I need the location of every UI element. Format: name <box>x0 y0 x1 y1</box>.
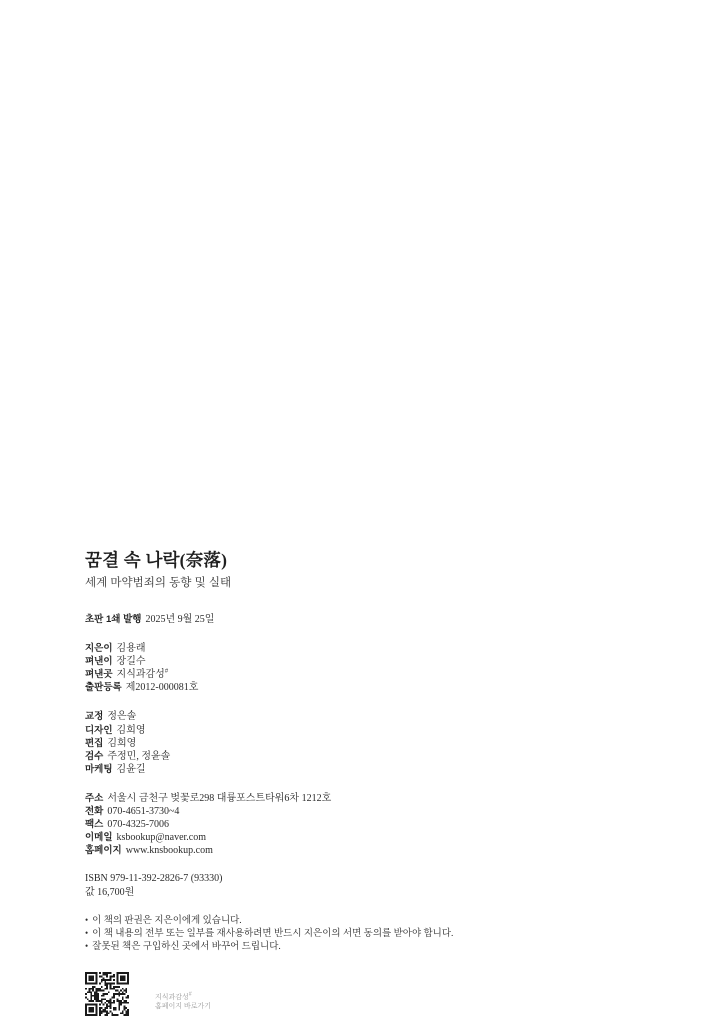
colophon-content: 꿈결 속 나락(奈落) 세계 마약범죄의 동향 및 실태 초판 1쇄 발행202… <box>85 549 645 1016</box>
author-row: 지은이김용래 <box>85 642 645 655</box>
publisher-person-label: 펴낸이 <box>85 656 113 667</box>
marketing-label: 마케팅 <box>85 764 113 775</box>
notice-permission-text: 이 책 내용의 전부 또는 일부를 재사용하려면 반드시 지은이의 서면 동의를… <box>92 929 453 939</box>
registration-label: 출판등록 <box>85 682 122 693</box>
editing-label: 편집 <box>85 738 103 749</box>
notice-copyright-text: 이 책의 판권은 지은이에게 있습니다. <box>92 916 242 926</box>
phone-row: 전화070-4651-3730~4 <box>85 805 645 818</box>
address-label: 주소 <box>85 793 103 804</box>
homepage-value: www.knsbookup.com <box>126 845 213 856</box>
publisher-person-value: 장길수 <box>117 656 146 667</box>
edition-row: 초판 1쇄 발행2025년 9월 25일 <box>85 613 645 626</box>
isbn-block: ISBN 979-11-392-2826-7 (93330) 값 16,700원 <box>85 872 645 898</box>
publisher-company-sup: # <box>165 668 168 675</box>
review-label: 검수 <box>85 751 103 762</box>
marketing-row: 마케팅김윤길 <box>85 763 645 776</box>
review-row: 검수주정민, 정윤솔 <box>85 750 645 763</box>
fax-label: 팩스 <box>85 819 103 830</box>
registration-row: 출판등록제2012-000081호 <box>85 681 645 694</box>
homepage-label: 홈페이지 <box>85 845 122 856</box>
book-title: 꿈결 속 나락(奈落) <box>85 549 645 572</box>
isbn-line: ISBN 979-11-392-2826-7 (93330) <box>85 872 645 885</box>
qr-caption-publisher: 지식과감성# <box>155 993 211 1003</box>
design-value: 김희영 <box>117 725 146 736</box>
qr-caption: 지식과감성# 홈페이지 바로가기 <box>155 993 211 1012</box>
review-value: 주정민, 정윤솔 <box>107 751 170 762</box>
email-value: ksbookup@naver.com <box>117 832 206 843</box>
design-row: 디자인김희영 <box>85 724 645 737</box>
homepage-row: 홈페이지www.knsbookup.com <box>85 844 645 857</box>
notice-copyright: •이 책의 판권은 지은이에게 있습니다. <box>85 914 645 927</box>
publisher-person-row: 펴낸이장길수 <box>85 655 645 668</box>
publication-group: 지은이김용래 펴낸이장길수 펴낸곳지식과감성# 출판등록제2012-000081… <box>85 642 645 694</box>
edition-label: 초판 1쇄 발행 <box>85 614 141 625</box>
edition-value: 2025년 9월 25일 <box>145 614 214 625</box>
phone-label: 전화 <box>85 806 103 817</box>
phone-value: 070-4651-3730~4 <box>107 806 179 817</box>
price-line: 값 16,700원 <box>85 886 645 899</box>
email-row: 이메일ksbookup@naver.com <box>85 831 645 844</box>
qr-section: 지식과감성# 홈페이지 바로가기 <box>85 972 645 1016</box>
registration-value: 제2012-000081호 <box>126 682 199 693</box>
publisher-company-value: 지식과감성# <box>117 669 169 680</box>
fax-value: 070-4325-7006 <box>107 819 169 830</box>
notices-block: •이 책의 판권은 지은이에게 있습니다. •이 책 내용의 전부 또는 일부를… <box>85 914 645 954</box>
staff-group: 교정정은솔 디자인김희영 편집김희영 검수주정민, 정윤솔 마케팅김윤길 <box>85 710 645 775</box>
colophon-page: 꿈결 속 나락(奈落) 세계 마약범죄의 동향 및 실태 초판 1쇄 발행202… <box>0 0 718 1024</box>
editing-value: 김희영 <box>107 738 136 749</box>
notice-exchange-text: 잘못된 책은 구입하신 곳에서 바꾸어 드립니다. <box>92 942 281 952</box>
proofreading-value: 정은솔 <box>107 711 136 722</box>
email-label: 이메일 <box>85 832 113 843</box>
bullet-icon: • <box>85 928 88 938</box>
notice-permission: •이 책 내용의 전부 또는 일부를 재사용하려면 반드시 지은이의 서면 동의… <box>85 927 645 940</box>
proofreading-label: 교정 <box>85 711 103 722</box>
proofreading-row: 교정정은솔 <box>85 710 645 723</box>
fax-row: 팩스070-4325-7006 <box>85 818 645 831</box>
address-value: 서울시 금천구 벚꽃로298 대륭포스트타워6차 1212호 <box>107 793 331 804</box>
marketing-value: 김윤길 <box>117 764 146 775</box>
editing-row: 편집김희영 <box>85 737 645 750</box>
bullet-icon: • <box>85 915 88 925</box>
qr-caption-sup: # <box>189 991 192 997</box>
address-row: 주소서울시 금천구 벚꽃로298 대륭포스트타워6차 1212호 <box>85 792 645 805</box>
bullet-icon: • <box>85 941 88 951</box>
qr-caption-link-text: 홈페이지 바로가기 <box>155 1002 211 1012</box>
publisher-company-label: 펴낸곳 <box>85 669 113 680</box>
notice-exchange: •잘못된 책은 구입하신 곳에서 바꾸어 드립니다. <box>85 940 645 953</box>
design-label: 디자인 <box>85 725 113 736</box>
qr-code-icon <box>85 972 129 1016</box>
author-label: 지은이 <box>85 643 113 654</box>
book-subtitle: 세계 마약범죄의 동향 및 실태 <box>85 576 645 591</box>
publisher-company-row: 펴낸곳지식과감성# <box>85 668 645 681</box>
contact-group: 주소서울시 금천구 벚꽃로298 대륭포스트타워6차 1212호 전화070-4… <box>85 792 645 857</box>
author-value: 김용래 <box>117 643 146 654</box>
